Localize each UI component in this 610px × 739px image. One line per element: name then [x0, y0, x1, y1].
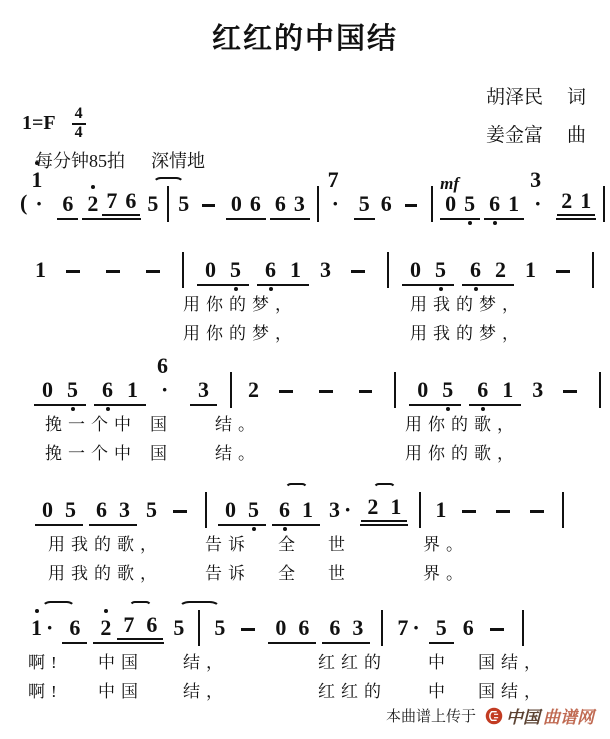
beam-group: 6	[62, 616, 87, 644]
note: 2	[241, 378, 266, 402]
lyric-segment: 挽一个中	[45, 439, 137, 464]
composer-credit: 姜金富 曲	[486, 120, 586, 147]
beam-group: 61	[272, 498, 320, 526]
note-digit: 3	[119, 498, 130, 522]
credits: 胡泽民 词 姜金富 曲	[486, 82, 586, 158]
barline	[522, 610, 524, 646]
lyrics-row: 用你的梦，用我的梦，	[0, 288, 610, 317]
note-digit: 1	[390, 495, 401, 519]
note: 7	[102, 189, 121, 213]
lyric-segment: 世	[328, 559, 351, 584]
note-digit: 2	[367, 495, 378, 519]
duration-dash	[146, 270, 160, 273]
note-digit: 7	[123, 613, 134, 637]
system-1: (1·62765506637·56mf05613·21	[0, 176, 610, 222]
note: 6	[95, 378, 120, 402]
note: 2	[83, 192, 102, 216]
song-title: 红红的中国结	[0, 16, 610, 57]
note: 1	[504, 192, 523, 216]
augmentation-dot: ·	[42, 615, 53, 640]
lyric-segment: 国	[150, 439, 173, 464]
note: 2	[361, 495, 384, 519]
barline	[387, 252, 389, 288]
barline	[599, 372, 601, 408]
lyric-segment: 结。	[215, 410, 261, 435]
parenthesis: (	[20, 190, 27, 216]
note-digit: 5	[248, 498, 259, 522]
music-line: 0563505613·211	[0, 482, 610, 528]
duration-dash	[556, 270, 570, 273]
beam-group: 21	[360, 495, 408, 526]
note: 6	[258, 258, 283, 282]
note-digit: 5	[442, 378, 453, 402]
note-digit: 5	[173, 616, 184, 640]
note-digit: 3	[294, 192, 305, 216]
barline	[205, 492, 207, 528]
note-digit: 7	[328, 168, 339, 192]
slur-arc	[285, 483, 308, 496]
lyrics-row: 挽一个中国结。用你的歌，	[0, 408, 610, 437]
lyric-segment: 中	[428, 677, 451, 702]
duration-dash	[496, 510, 510, 513]
system-2: 10561305621用你的梦，用我的梦，用你的梦，用我的梦，	[0, 242, 610, 346]
note: 0	[441, 192, 460, 216]
note: 5	[460, 192, 479, 216]
note: 1	[576, 189, 595, 213]
note: 3	[191, 378, 216, 402]
beam-group: 05	[197, 258, 249, 286]
note-digit: 3	[320, 258, 331, 282]
beam-group: 61	[257, 258, 309, 286]
note: 6	[63, 616, 86, 640]
augmentation-dot: ·	[408, 615, 419, 640]
lyrics-row: 用你的梦，用我的梦，	[0, 317, 610, 346]
note-digit: 6	[279, 498, 290, 522]
barline	[394, 372, 396, 408]
augmentation-dot: ·	[157, 377, 168, 402]
slur-arc	[153, 177, 184, 190]
note-digit: 0	[410, 258, 421, 282]
lyric-segment: 全	[278, 559, 301, 584]
lyric-segment: 告诉	[205, 530, 251, 555]
beam-group: 61	[94, 378, 146, 406]
note-digit: 3	[532, 378, 543, 402]
site-logo-icon	[485, 707, 503, 725]
lyric-segment: 用你的歌，	[405, 439, 520, 464]
duration-dash	[351, 270, 365, 273]
barline	[592, 252, 594, 288]
beam-group: 62	[462, 258, 514, 286]
note: 5	[167, 616, 190, 640]
lyric-segment: 挽一个中	[45, 410, 137, 435]
note: 1·	[27, 168, 55, 216]
lyrics-row: 啊!中国结，红红的中国结，	[0, 646, 610, 675]
beam-group: 06	[268, 616, 316, 644]
note-digit: 6	[250, 192, 261, 216]
note-digit: 6	[62, 192, 73, 216]
note-digit: 6	[125, 189, 136, 213]
note: 1	[384, 495, 407, 519]
octave-dot-low	[493, 221, 497, 225]
note-digit: 1	[31, 616, 42, 640]
lyricist-name: 胡泽民	[486, 82, 543, 109]
note-digit: 3	[352, 616, 363, 640]
lyricist-credit: 胡泽民 词	[486, 82, 586, 109]
expression-label: 深情地	[151, 147, 205, 173]
note: 7	[117, 613, 140, 637]
lyric-segment: 结，	[183, 677, 229, 702]
music-line: 10561305621	[0, 242, 610, 288]
lyric-segment: 啊!	[28, 677, 63, 702]
note-digit: 3	[530, 168, 541, 192]
note-digit: 2	[495, 258, 506, 282]
lyric-segment: 结，	[183, 648, 229, 673]
duration-dash	[279, 390, 293, 393]
note: 3	[525, 378, 550, 402]
octave-dot-high	[91, 185, 95, 189]
lyric-segment: 红红的	[318, 677, 387, 702]
lyric-segment: 用我的歌，	[48, 559, 163, 584]
note: 6	[58, 192, 77, 216]
site-name-part1: 中国	[506, 703, 540, 728]
note-digit: 6	[275, 192, 286, 216]
duration-dash	[106, 270, 120, 273]
note: 0	[35, 378, 60, 402]
note-digit: 5	[230, 258, 241, 282]
composer-name: 姜金富	[486, 120, 543, 147]
beam-group: 63	[270, 192, 310, 220]
lyric-segment: 界。	[423, 559, 469, 584]
barline	[317, 186, 319, 222]
barline	[381, 610, 383, 646]
note: 6	[246, 192, 265, 216]
beam-group: 21	[556, 189, 596, 220]
note-digit: 6	[298, 616, 309, 640]
beam-group: 63	[322, 616, 370, 644]
duration-dash	[405, 204, 418, 207]
note: 6	[292, 616, 315, 640]
lyrics-row: 用我的歌，告诉全世界。	[0, 557, 610, 586]
note: 3·	[526, 168, 554, 216]
note: 3	[346, 616, 369, 640]
note: 0	[198, 258, 223, 282]
note: 2	[557, 189, 576, 213]
note-digit: 1	[580, 189, 591, 213]
note: 3	[313, 258, 338, 282]
note-digit: 6	[102, 378, 113, 402]
note-digit: 5	[147, 192, 158, 216]
lyrics-row: 挽一个中国结。用你的歌，	[0, 437, 610, 466]
lyrics-row: 啊!中国结，红红的中国结，	[0, 675, 610, 704]
slur-arc	[179, 601, 220, 614]
beam-group: 3	[190, 378, 217, 406]
note: 0	[403, 258, 428, 282]
lyric-segment: 用我的歌，	[48, 530, 163, 555]
beam-group: 76	[117, 613, 163, 640]
octave-dot-low	[468, 221, 472, 225]
note: 1·	[25, 616, 59, 640]
note-digit: 1	[127, 378, 138, 402]
note: 6	[377, 192, 396, 216]
duration-dash	[202, 204, 215, 207]
key-signature: 1=F 4 4	[22, 106, 86, 142]
lyric-segment: 告诉	[205, 559, 251, 584]
note-digit: 0	[445, 192, 456, 216]
note: 5	[223, 258, 248, 282]
duration-dash	[563, 390, 577, 393]
barline	[230, 372, 232, 408]
time-signature-denominator: 4	[72, 125, 86, 142]
note: 1	[518, 258, 543, 282]
note-digit: 5	[435, 258, 446, 282]
note: 6·	[150, 354, 186, 402]
lyric-segment: 世	[328, 530, 351, 555]
note: 5	[140, 498, 163, 522]
note-digit: 5	[67, 378, 78, 402]
note-digit: 1	[435, 498, 446, 522]
note: 1	[28, 258, 53, 282]
note-digit: 6	[381, 192, 392, 216]
octave-dot-high	[35, 161, 39, 165]
beam-group: 06	[226, 192, 266, 220]
sheet-music-page: 红红的中国结 胡泽民 词 姜金富 曲 1=F 4 4 每分钟85拍 深情地 (1…	[0, 0, 610, 739]
footer: 本曲谱上传于 中国 曲谱网	[386, 703, 594, 728]
lyric-segment: 国结，	[478, 677, 547, 702]
note-digit: 0	[231, 192, 242, 216]
octave-dot-high	[104, 609, 108, 613]
lyric-segment: 用你的梦，	[183, 290, 298, 315]
duration-dash	[173, 510, 187, 513]
note-digit: 5	[464, 192, 475, 216]
lyric-segment: 用我的梦，	[410, 319, 525, 344]
note-digit: 6	[470, 258, 481, 282]
note: 0	[410, 378, 435, 402]
beam-group: 61	[469, 378, 521, 406]
note-digit: 6	[96, 498, 107, 522]
note-digit: 5	[214, 616, 225, 640]
system-4: 0563505613·211用我的歌，告诉全世界。用我的歌，告诉全世界。	[0, 482, 610, 586]
note-digit: 3	[198, 378, 209, 402]
note: 5	[59, 498, 82, 522]
octave-dot-high	[35, 609, 39, 613]
lyric-segment: 用我的梦，	[410, 290, 525, 315]
lyric-segment: 全	[278, 530, 301, 555]
note-digit: 6	[329, 616, 340, 640]
augmentation-dot: ·	[530, 191, 541, 216]
note: 5	[435, 378, 460, 402]
beam-group: 276	[93, 613, 164, 644]
site-logo: 中国 曲谱网	[485, 703, 594, 728]
note-digit: 0	[417, 378, 428, 402]
beam-group: 76	[102, 189, 140, 216]
lyric-segment: 界。	[423, 530, 469, 555]
duration-dash	[359, 390, 373, 393]
note-digit: 5	[359, 192, 370, 216]
note: 6	[457, 616, 480, 640]
note-digit: 7	[106, 189, 117, 213]
note-digit: 6	[489, 192, 500, 216]
note: 3	[113, 498, 136, 522]
lyric-segment: 国	[150, 410, 173, 435]
note: 6	[140, 613, 163, 637]
note-digit: 6	[463, 616, 474, 640]
beam-group: 05	[402, 258, 454, 286]
note-digit: 3	[329, 498, 340, 522]
slur-arc	[42, 601, 75, 614]
note: 1	[120, 378, 145, 402]
note-digit: 1	[302, 498, 313, 522]
note: 5	[430, 616, 453, 640]
lyrics-row: 用我的歌，告诉全世界。	[0, 528, 610, 557]
note: 5	[242, 498, 265, 522]
note: 1	[283, 258, 308, 282]
beam-group: 276	[82, 189, 141, 220]
note: 6	[485, 192, 504, 216]
site-name-part2: 曲谱网	[543, 703, 594, 728]
note: 7·	[391, 616, 425, 640]
slur-arc	[373, 483, 396, 496]
system-3: 05616·3205613挽一个中国结。用你的歌，挽一个中国结。用你的歌，	[0, 362, 610, 466]
note-digit: 1	[35, 258, 46, 282]
note: 5	[355, 192, 374, 216]
note: 0	[219, 498, 242, 522]
note: 1	[296, 498, 319, 522]
beam-group: 21	[361, 495, 407, 522]
beam-group: 63	[89, 498, 137, 526]
lyric-segment: 国结，	[478, 648, 547, 673]
note: 5	[428, 258, 453, 282]
note: 6	[470, 378, 495, 402]
note: 6	[273, 498, 296, 522]
beam-group: 61	[484, 192, 524, 220]
note-digit: 6	[477, 378, 488, 402]
augmentation-dot: ·	[31, 191, 42, 216]
duration-dash	[241, 628, 255, 631]
note: 3·	[323, 498, 357, 522]
key-label: 1=F	[22, 112, 56, 135]
barline	[562, 492, 564, 528]
beam-group: 5	[354, 192, 375, 220]
note-digit: 0	[275, 616, 286, 640]
beam-group: 5	[429, 616, 454, 644]
note-digit: 1	[508, 192, 519, 216]
beam-group: 05	[218, 498, 266, 526]
score: (1·62765506637·56mf05613·2110561305621用你…	[0, 176, 610, 720]
beam-group: 21	[557, 189, 595, 216]
barline	[603, 186, 605, 222]
note: 5	[143, 192, 162, 216]
note-digit: 2	[248, 378, 259, 402]
augmentation-dot: ·	[328, 191, 339, 216]
beam-group: 05	[409, 378, 461, 406]
music-line: (1·62765506637·56mf05613·21	[0, 176, 610, 222]
note-digit: 1	[525, 258, 536, 282]
beam-group: 05	[440, 192, 480, 220]
note: 5	[60, 378, 85, 402]
music-line: 05616·3205613	[0, 362, 610, 408]
note: 6	[90, 498, 113, 522]
note: 6	[463, 258, 488, 282]
note-digit: 5	[146, 498, 157, 522]
barline	[167, 186, 169, 222]
note-digit: 0	[225, 498, 236, 522]
note-digit: 6	[265, 258, 276, 282]
note-digit: 0	[42, 378, 53, 402]
note-digit: 5	[178, 192, 189, 216]
lyric-segment: 中	[428, 648, 451, 673]
duration-dash	[462, 510, 476, 513]
note: 2	[94, 616, 117, 640]
note: 2	[488, 258, 513, 282]
lyric-segment: 中国	[98, 648, 144, 673]
composer-role: 曲	[567, 120, 586, 147]
note: 7·	[324, 168, 352, 216]
note-digit: 5	[436, 616, 447, 640]
augmentation-dot: ·	[340, 497, 351, 522]
tempo-row: 每分钟85拍 深情地	[35, 147, 205, 173]
note-digit: 1	[502, 378, 513, 402]
note-digit: 6	[157, 354, 168, 378]
time-signature-numerator: 4	[72, 106, 86, 125]
note: 0	[36, 498, 59, 522]
note: 6	[121, 189, 140, 213]
note: 1	[495, 378, 520, 402]
note: 0	[269, 616, 292, 640]
note-digit: 7	[397, 616, 408, 640]
beam-group: 05	[35, 498, 83, 526]
lyric-segment: 中国	[98, 677, 144, 702]
lyric-segment: 红红的	[318, 648, 387, 673]
duration-dash	[530, 510, 544, 513]
note-digit: 6	[69, 616, 80, 640]
note-digit: 2	[561, 189, 572, 213]
barline	[198, 610, 200, 646]
note-digit: 6	[146, 613, 157, 637]
beam-group: 6	[57, 192, 78, 220]
note-digit: 5	[65, 498, 76, 522]
barline	[419, 492, 421, 528]
note: 6	[271, 192, 290, 216]
lyric-segment: 用你的歌，	[405, 410, 520, 435]
duration-dash	[319, 390, 333, 393]
note: 1	[429, 498, 452, 522]
note-digit: 0	[205, 258, 216, 282]
note: 0	[227, 192, 246, 216]
music-line: 1·62765506637·56	[0, 600, 610, 646]
note-digit: 1	[31, 168, 42, 192]
slur-arc	[129, 601, 152, 614]
note: 3	[290, 192, 309, 216]
lyric-segment: 用你的梦，	[183, 319, 298, 344]
beam-group: 05	[34, 378, 86, 406]
note-digit: 0	[42, 498, 53, 522]
duration-dash	[490, 628, 504, 631]
duration-dash	[66, 270, 80, 273]
footer-text: 本曲谱上传于	[386, 705, 476, 726]
note-digit: 2	[87, 192, 98, 216]
barline	[182, 252, 184, 288]
lyric-segment: 结。	[215, 439, 261, 464]
note-digit: 2	[100, 616, 111, 640]
time-signature: 4 4	[72, 106, 86, 142]
lyric-segment: 啊!	[28, 648, 63, 673]
lyricist-role: 词	[567, 82, 586, 109]
system-5: 1·62765506637·56啊!中国结，红红的中国结，啊!中国结，红红的中国…	[0, 600, 610, 704]
note: 5	[208, 616, 231, 640]
note-digit: 1	[290, 258, 301, 282]
barline	[431, 186, 433, 222]
note: 6	[323, 616, 346, 640]
